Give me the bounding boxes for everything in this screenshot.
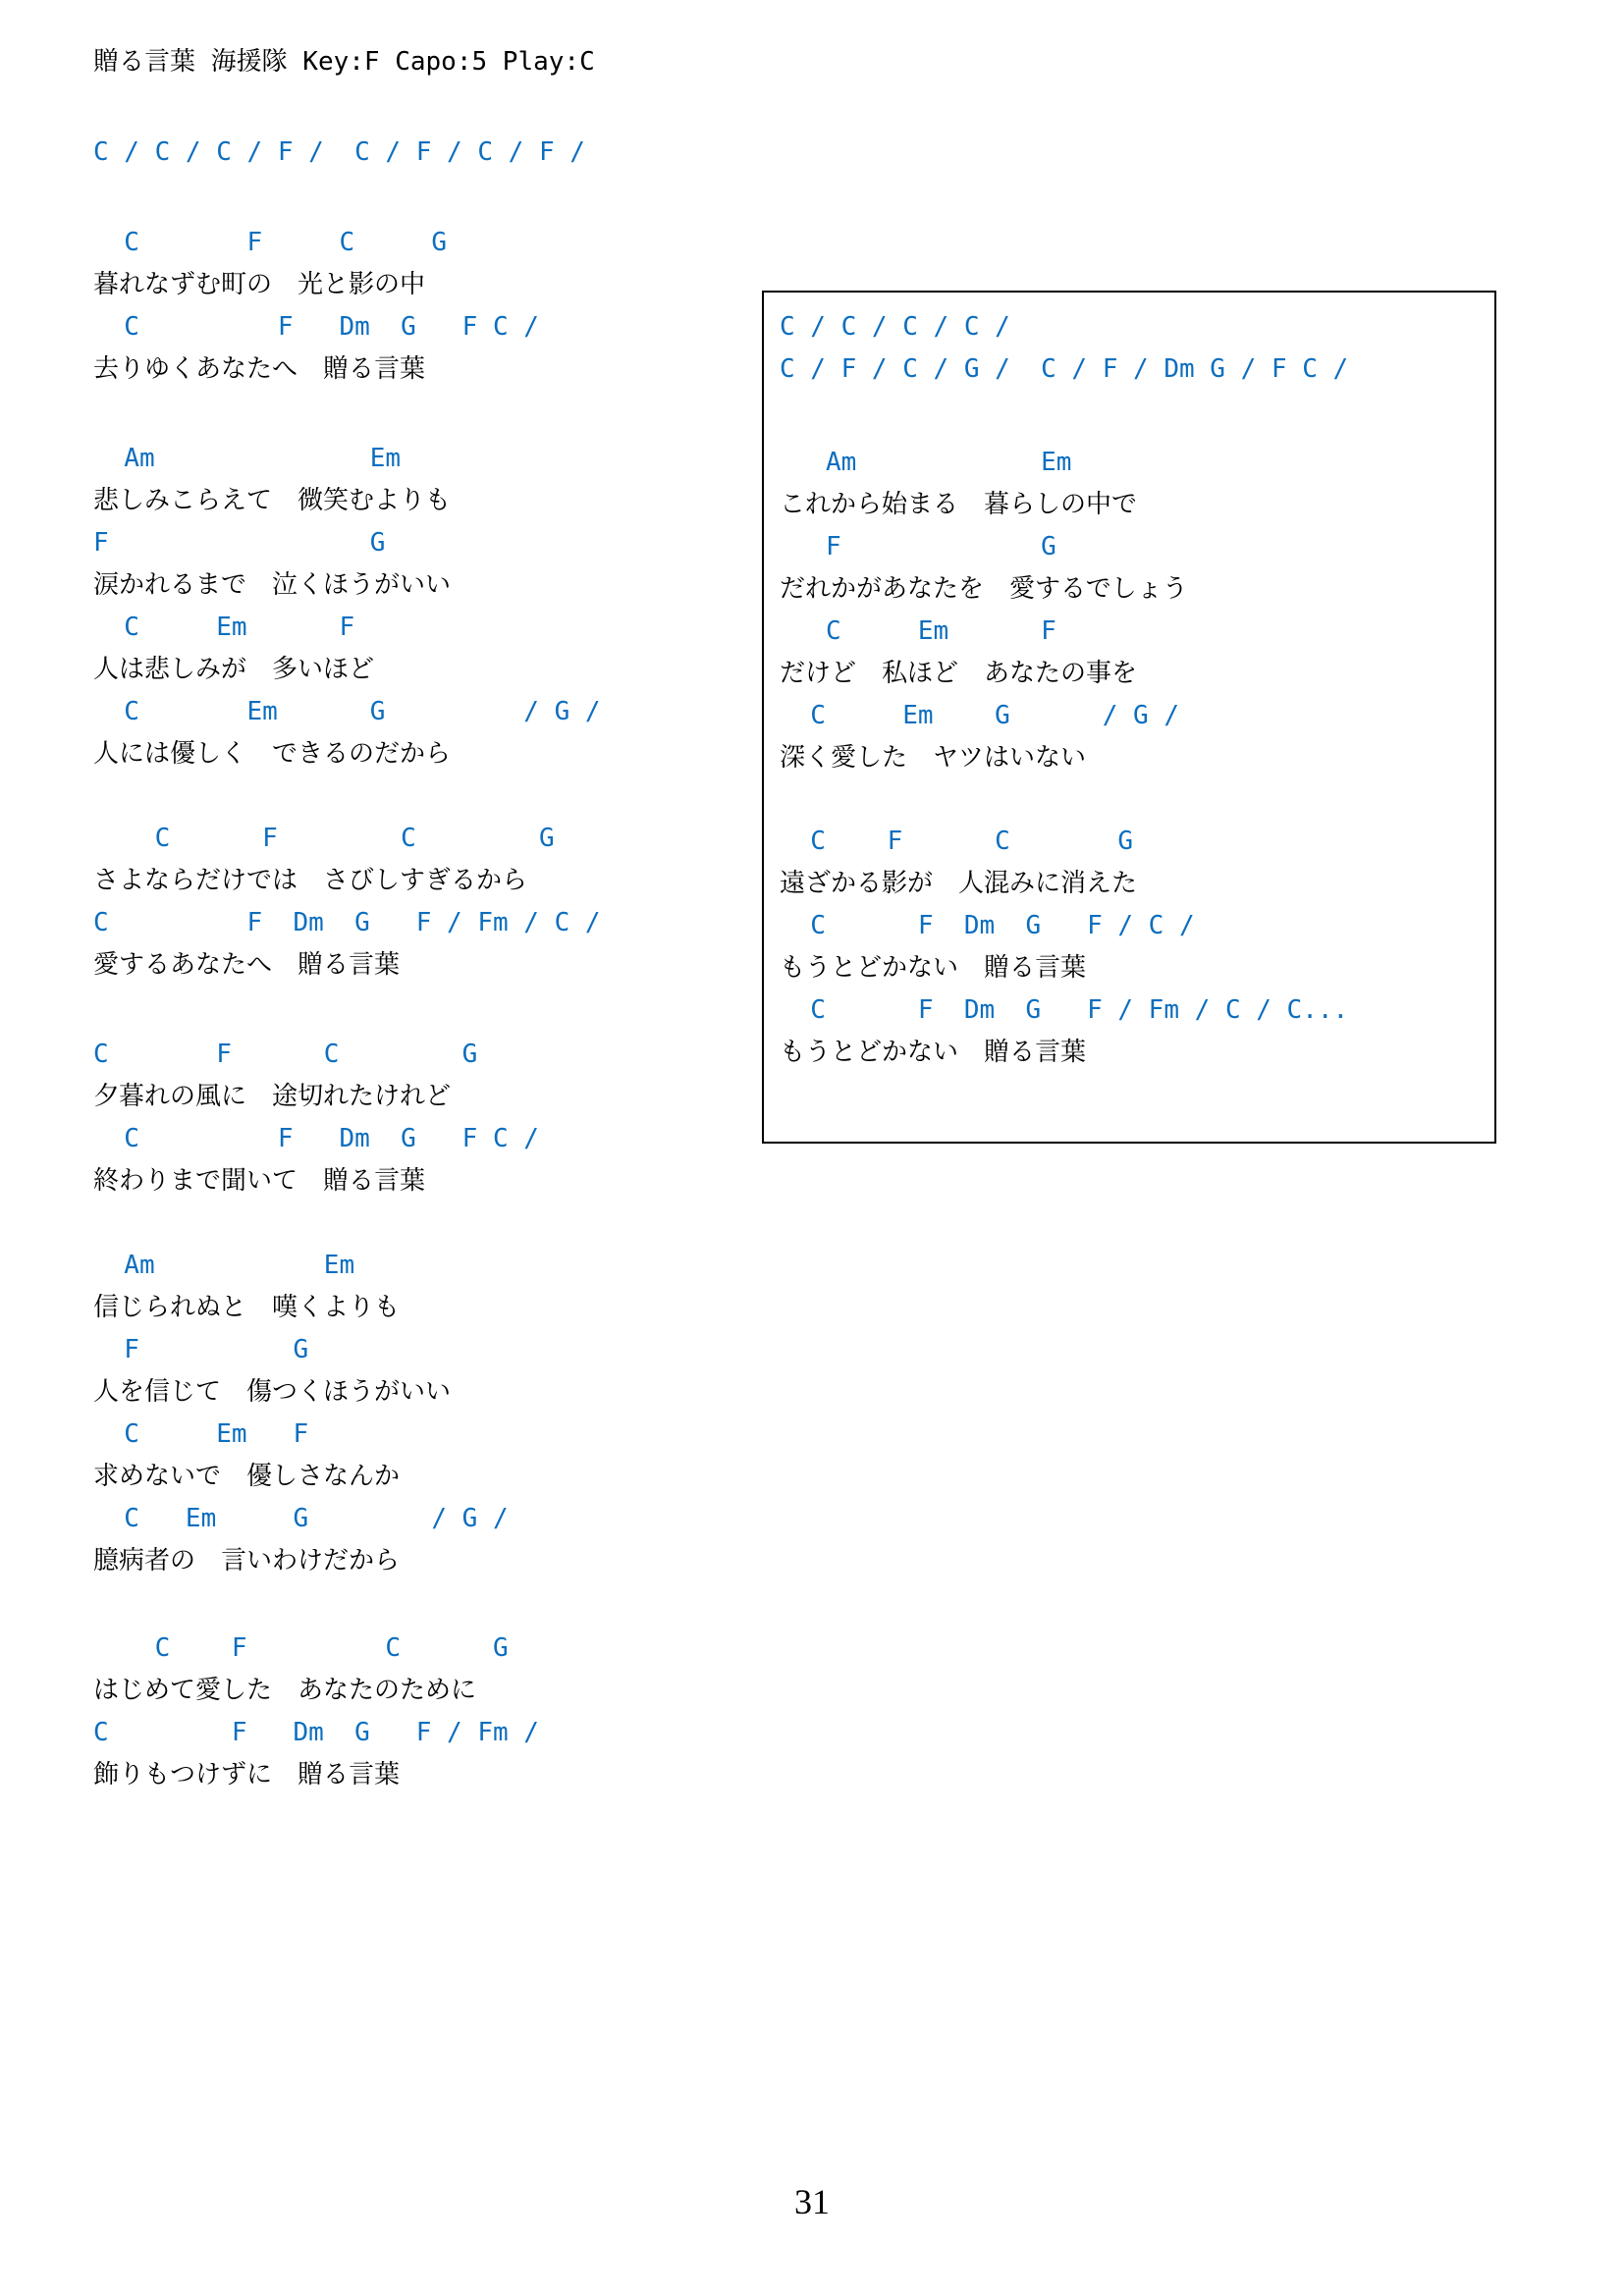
chord-line: Am Em: [780, 442, 1188, 484]
chord-line: C Em F: [780, 611, 1188, 653]
lyric-line: 人を信じて 傷つくほうがいい: [93, 1371, 509, 1414]
lyric-line: 遠ざかる影が 人混みに消えた: [780, 863, 1348, 905]
chord-line: C / C / C / F / C / F / C / F /: [93, 132, 585, 174]
interlude-section: C / C / C / C / C / F / C / G / C / F / …: [780, 306, 1348, 391]
chord-line: C Em G / G /: [93, 1498, 509, 1540]
verse-section: Am Em これから始まる 暮らしの中で F G だれかがあなたを 愛するでしょ…: [780, 442, 1188, 779]
coda-box: C / C / C / C / C / F / C / G / C / F / …: [762, 291, 1496, 1144]
lyric-line: 夕暮れの風に 途切れたけれど: [93, 1076, 539, 1118]
chord-sheet-page: 贈る言葉 海援隊 Key:F Capo:5 Play:C C / C / C /…: [0, 0, 1624, 2296]
verse-section: Am Em 悲しみこらえて 微笑むよりも F G 涙かれるまで 泣くほうがいい …: [93, 438, 601, 775]
lyric-line: 愛するあなたへ 贈る言葉: [93, 944, 601, 987]
lyric-line: だけど 私ほど あなたの事を: [780, 653, 1188, 695]
chord-line: C F C G: [93, 1034, 539, 1076]
chord-line: C F Dm G F C /: [93, 1118, 539, 1160]
lyric-line: 信じられぬと 嘆くよりも: [93, 1287, 509, 1329]
lyric-line: 求めないで 優しさなんか: [93, 1456, 509, 1498]
lyric-line: だれかがあなたを 愛するでしょう: [780, 568, 1188, 611]
verse-section: Am Em 信じられぬと 嘆くよりも F G 人を信じて 傷つくほうがいい C …: [93, 1245, 509, 1582]
chord-line: C Em F: [93, 607, 601, 649]
chord-line: F G: [93, 1329, 509, 1371]
lyric-line: もうとどかない 贈る言葉: [780, 947, 1348, 989]
song-title: 贈る言葉 海援隊 Key:F Capo:5 Play:C: [93, 41, 595, 83]
verse-section: C F C G 夕暮れの風に 途切れたけれど C F Dm G F C / 終わ…: [93, 1034, 539, 1202]
chord-line: C F C G: [93, 1628, 539, 1670]
lyric-line: これから始まる 暮らしの中で: [780, 484, 1188, 526]
lyric-line: 臆病者の 言いわけだから: [93, 1540, 509, 1582]
chord-line: C F C G: [93, 818, 601, 860]
lyric-line: 飾りもつけずに 贈る言葉: [93, 1754, 539, 1796]
chord-line: Am Em: [93, 438, 601, 480]
chord-line: C Em G / G /: [780, 695, 1188, 737]
chord-line: C F Dm G F / Fm / C / C...: [780, 989, 1348, 1032]
lyric-line: 人は悲しみが 多いほど: [93, 649, 601, 691]
lyric-line: 悲しみこらえて 微笑むよりも: [93, 480, 601, 522]
chord-line: C / C / C / C /: [780, 306, 1348, 348]
lyric-line: 去りゆくあなたへ 贈る言葉: [93, 348, 539, 391]
chord-line: C F Dm G F / C /: [780, 905, 1348, 947]
chorus-section: C F C G 遠ざかる影が 人混みに消えた C F Dm G F / C / …: [780, 821, 1348, 1074]
chord-line: C F Dm G F C /: [93, 306, 539, 348]
chorus-section: C F C G はじめて愛した あなたのために C F Dm G F / Fm …: [93, 1628, 539, 1796]
chord-line: C F Dm G F / Fm /: [93, 1712, 539, 1754]
chord-line: C Em G / G /: [93, 691, 601, 733]
intro-section: C / C / C / F / C / F / C / F /: [93, 132, 585, 174]
chord-line: C F C G: [780, 821, 1348, 863]
chord-line: F G: [93, 522, 601, 564]
verse-section: C F C G 暮れなずむ町の 光と影の中 C F Dm G F C / 去りゆ…: [93, 222, 539, 391]
lyric-line: 深く愛した ヤツはいない: [780, 737, 1188, 779]
chord-line: C Em F: [93, 1414, 509, 1456]
chord-line: C F C G: [93, 222, 539, 264]
lyric-line: はじめて愛した あなたのために: [93, 1670, 539, 1712]
lyric-line: さよならだけでは さびしすぎるから: [93, 860, 601, 902]
chord-line: F G: [780, 526, 1188, 568]
page-number: 31: [0, 2181, 1624, 2222]
chorus-section: C F C G さよならだけでは さびしすぎるから C F Dm G F / F…: [93, 818, 601, 987]
lyric-line: もうとどかない 贈る言葉: [780, 1032, 1348, 1074]
chord-line: Am Em: [93, 1245, 509, 1287]
lyric-line: 涙かれるまで 泣くほうがいい: [93, 564, 601, 607]
lyric-line: 暮れなずむ町の 光と影の中: [93, 264, 539, 306]
lyric-line: 終わりまで聞いて 贈る言葉: [93, 1160, 539, 1202]
chord-line: C F Dm G F / Fm / C /: [93, 902, 601, 944]
chord-line: C / F / C / G / C / F / Dm G / F C /: [780, 348, 1348, 391]
lyric-line: 人には優しく できるのだから: [93, 733, 601, 775]
